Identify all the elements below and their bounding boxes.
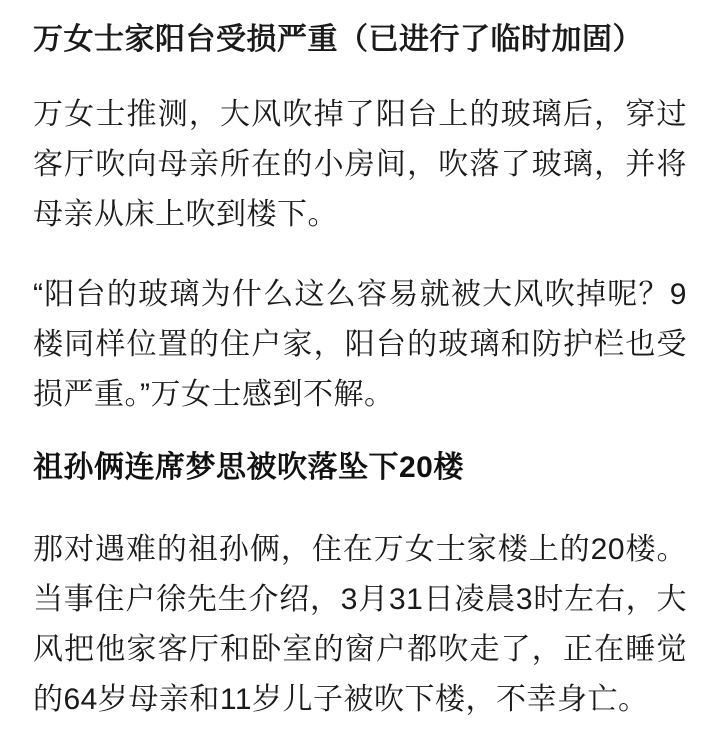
paragraph-line: 的64岁母亲和11岁儿子被吹下楼，不幸身亡。 [33,675,687,725]
paragraph-line: 当事住户徐先生介绍，3月31日凌晨3时左右，大 [33,575,687,625]
paragraph-line: 母亲从床上吹到楼下。 [33,190,687,240]
paragraph-line: 楼同样位置的住户家，阳台的玻璃和防护栏也受 [33,320,687,370]
paragraph: 万女士推测，大风吹掉了阳台上的玻璃后，穿过 客厅吹向母亲所在的小房间，吹落了玻璃… [33,90,687,240]
image-caption: 万女士家阳台受损严重（已进行了临时加固） [33,15,687,65]
paragraph-line: 损严重。”万女士感到不解。 [33,370,687,420]
paragraph: 那对遇难的祖孙俩，住在万女士家楼上的20楼。 当事住户徐先生介绍，3月31日凌晨… [33,525,687,725]
paragraph: “阳台的玻璃为什么这么容易就被大风吹掉呢？9 楼同样位置的住户家，阳台的玻璃和防… [33,270,687,420]
paragraph-line: 那对遇难的祖孙俩，住在万女士家楼上的20楼。 [33,525,687,575]
article-body: 万女士家阳台受损严重（已进行了临时加固） 万女士推测，大风吹掉了阳台上的玻璃后，… [0,0,720,732]
paragraph-line: 风把他家客厅和卧室的窗户都吹走了，正在睡觉 [33,625,687,675]
section-heading: 祖孙俩连席梦思被吹落坠下20楼 [33,443,687,493]
paragraph-line: 万女士推测，大风吹掉了阳台上的玻璃后，穿过 [33,90,687,140]
paragraph-line: “阳台的玻璃为什么这么容易就被大风吹掉呢？9 [33,270,687,320]
paragraph-line: 客厅吹向母亲所在的小房间，吹落了玻璃，并将 [33,140,687,190]
